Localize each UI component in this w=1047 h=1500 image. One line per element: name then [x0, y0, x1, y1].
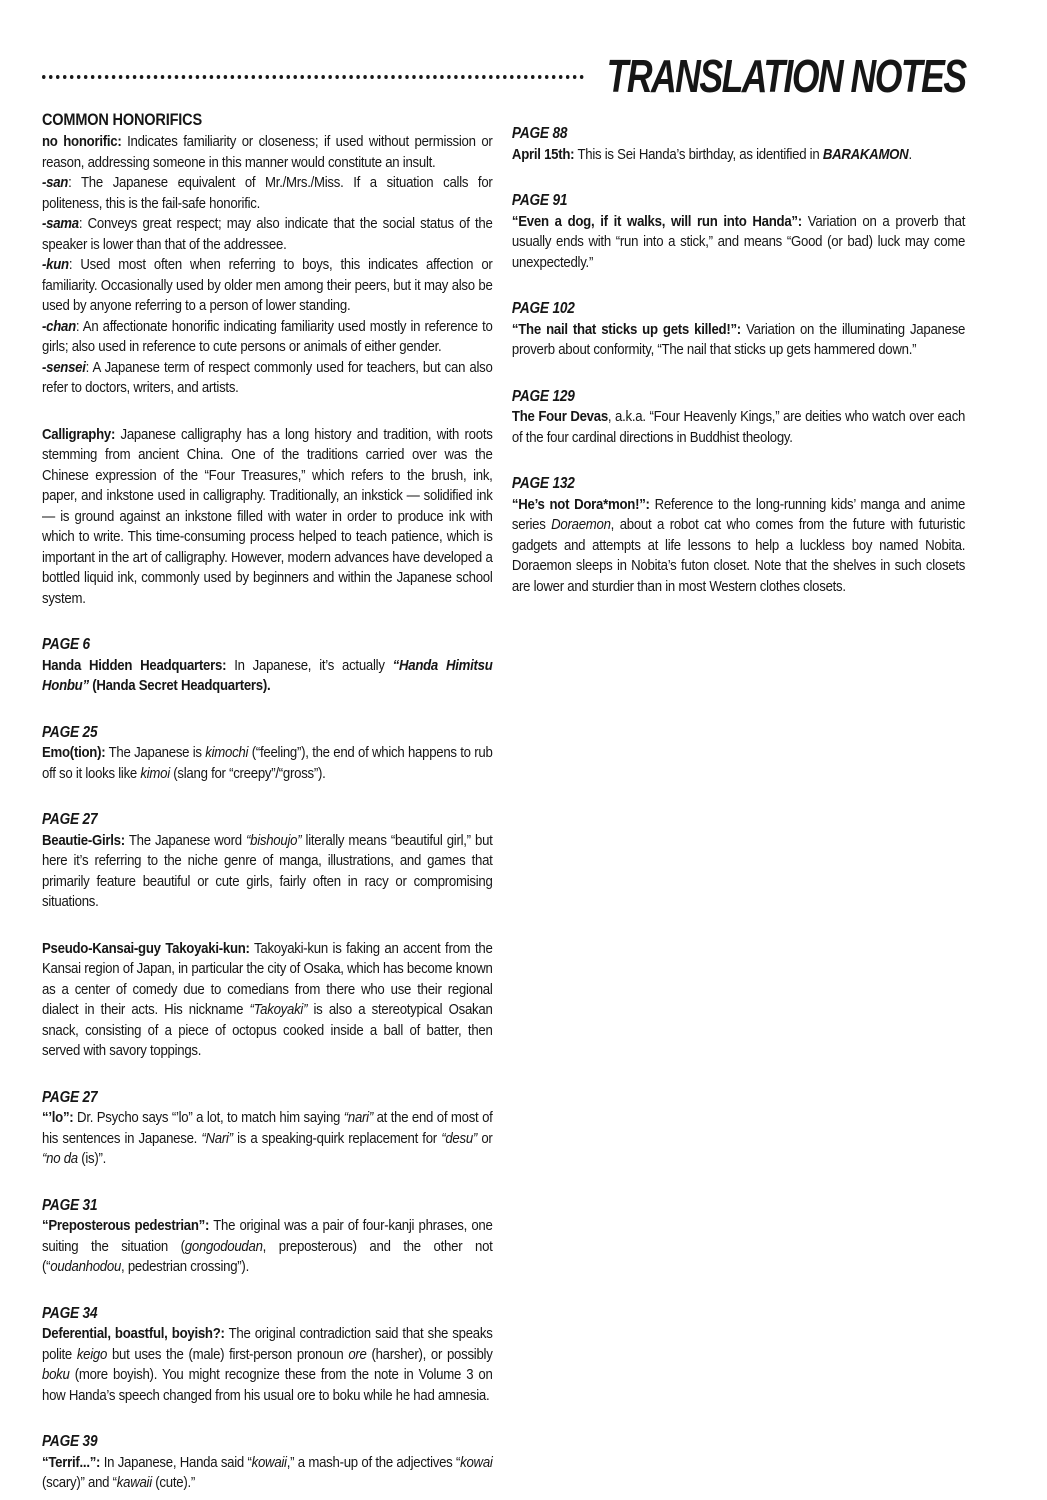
text-segment: or [477, 1130, 493, 1147]
translation-note: PAGE 27“’lo”: Dr. Psycho says “’lo” a lo… [42, 1088, 493, 1170]
note-text: April 15th: This is Sei Handa’s birthday… [512, 145, 965, 166]
left-notes: Calligraphy: Japanese calligraphy has a … [42, 425, 493, 1494]
text-segment: “The nail that sticks up gets killed!”: [512, 321, 741, 338]
two-column-body: COMMON HONORIFICS no honorific: Indicate… [42, 110, 965, 1494]
text-segment: -kun [42, 256, 69, 273]
honorific-entry: -sensei: A Japanese term of respect comm… [42, 358, 493, 399]
text-segment: “’lo”: [42, 1109, 73, 1126]
translation-note: PAGE 27Beautie-Girls: The Japanese word … [42, 810, 493, 913]
right-column: PAGE 88April 15th: This is Sei Handa’s b… [512, 110, 965, 1494]
note-text: “Even a dog, if it walks, will run into … [512, 212, 965, 274]
honorific-entry: -san: The Japanese equivalent of Mr./Mrs… [42, 173, 493, 214]
honorific-entry: -kun: Used most often when referring to … [42, 255, 493, 317]
text-segment: is a speaking-quirk replacement for [233, 1130, 441, 1147]
text-segment: boku [42, 1366, 70, 1383]
right-notes: PAGE 88April 15th: This is Sei Handa’s b… [512, 124, 965, 597]
page-label: PAGE 88 [512, 124, 965, 145]
text-segment: Japanese calligraphy has a long history … [42, 426, 493, 607]
text-segment: “no da [42, 1150, 78, 1167]
translation-note: PAGE 6Handa Hidden Headquarters: In Japa… [42, 635, 493, 697]
dotted-leader-line [42, 75, 584, 79]
left-column: COMMON HONORIFICS no honorific: Indicate… [42, 110, 493, 1494]
text-segment: The Japanese word [125, 832, 246, 849]
text-segment: : The Japanese equivalent of Mr./Mrs./Mi… [42, 174, 493, 212]
text-segment: Calligraphy: [42, 426, 115, 443]
text-segment: -chan [42, 318, 76, 335]
page-label: PAGE 27 [42, 1088, 493, 1109]
text-segment: “Nari” [201, 1130, 232, 1147]
text-segment: (more boyish). You might recognize these… [42, 1366, 493, 1404]
translation-notes-page: TRANSLATION NOTES COMMON HONORIFICS no h… [0, 0, 1005, 1494]
note-text: “The nail that sticks up gets killed!”: … [512, 320, 965, 361]
note-text: “’lo”: Dr. Psycho says “’lo” a lot, to m… [42, 1108, 493, 1170]
honorifics-heading: COMMON HONORIFICS [42, 110, 493, 131]
page-label: PAGE 31 [42, 1196, 493, 1217]
note-text: “Preposterous pedestrian”: The original … [42, 1216, 493, 1278]
text-segment: . [908, 146, 911, 163]
note-text: Handa Hidden Headquarters: In Japanese, … [42, 656, 493, 697]
text-segment: April 15th: [512, 146, 574, 163]
translation-note: Pseudo-Kansai-guy Takoyaki-kun: Takoyaki… [42, 939, 493, 1062]
text-segment: (harsher), or possibly [367, 1346, 493, 1363]
honorifics-list: no honorific: Indicates familiarity or c… [42, 132, 493, 399]
translation-note: PAGE 39“Terrif...”: In Japanese, Handa s… [42, 1432, 493, 1494]
text-segment: : A Japanese term of respect commonly us… [42, 359, 493, 397]
text-segment: Deferential, boastful, boyish?: [42, 1325, 225, 1342]
text-segment: Pseudo-Kansai-guy Takoyaki-kun: [42, 940, 250, 957]
text-segment: : An affectionate honorific indicating f… [42, 318, 493, 356]
text-segment: (slang for “creepy”/“gross”). [170, 765, 326, 782]
text-segment: “Preposterous pedestrian”: [42, 1217, 209, 1234]
text-segment: BARAKAMON [823, 146, 909, 163]
text-segment: The Japanese is [105, 744, 205, 761]
text-segment: oudanhodou [50, 1258, 121, 1275]
text-segment: kawaii [117, 1474, 152, 1491]
text-segment: keigo [77, 1346, 107, 1363]
text-segment: gongodoudan [185, 1238, 263, 1255]
text-segment: -san [42, 174, 68, 191]
text-segment: (cute).” [152, 1474, 195, 1491]
page-label: PAGE 102 [512, 299, 965, 320]
text-segment: kimoi [140, 765, 169, 782]
translation-note: PAGE 25Emo(tion): The Japanese is kimoch… [42, 723, 493, 785]
text-segment: kowaii [252, 1454, 287, 1471]
page-label: PAGE 27 [42, 810, 493, 831]
page-label: PAGE 129 [512, 387, 965, 408]
honorific-entry: no honorific: Indicates familiarity or c… [42, 132, 493, 173]
translation-note: Calligraphy: Japanese calligraphy has a … [42, 425, 493, 610]
text-segment: “Terrif...”: [42, 1454, 100, 1471]
text-segment: (is)”. [78, 1150, 106, 1167]
note-text: Emo(tion): The Japanese is kimochi (“fee… [42, 743, 493, 784]
page-label: PAGE 34 [42, 1304, 493, 1325]
content-area: TRANSLATION NOTES COMMON HONORIFICS no h… [42, 52, 965, 1494]
text-segment: “desu” [441, 1130, 477, 1147]
page-label: PAGE 39 [42, 1432, 493, 1453]
text-segment: no honorific: [42, 133, 121, 150]
text-segment: (Handa Secret Headquarters). [89, 677, 271, 694]
text-segment: Handa Hidden Headquarters: [42, 657, 226, 674]
honorific-entry: -sama: Conveys great respect; may also i… [42, 214, 493, 255]
note-text: Pseudo-Kansai-guy Takoyaki-kun: Takoyaki… [42, 939, 493, 1062]
translation-note: PAGE 91“Even a dog, if it walks, will ru… [512, 191, 965, 273]
page-label: PAGE 132 [512, 474, 965, 495]
text-segment: “nari” [344, 1109, 373, 1126]
page-title: TRANSLATION NOTES [606, 53, 965, 99]
text-segment: Emo(tion): [42, 744, 105, 761]
text-segment: Beautie-Girls: [42, 832, 125, 849]
text-segment: Doraemon [551, 516, 611, 533]
text-segment: “Even a dog, if it walks, will run into … [512, 213, 802, 230]
page-header: TRANSLATION NOTES [42, 52, 965, 100]
text-segment: , pedestrian crossing”). [121, 1258, 249, 1275]
text-segment: In Japanese, it’s actually [226, 657, 392, 674]
text-segment: (scary)” and “ [42, 1474, 117, 1491]
text-segment: kimochi [205, 744, 248, 761]
translation-note: PAGE 34Deferential, boastful, boyish?: T… [42, 1304, 493, 1407]
text-segment: but uses the (male) first-person pronoun [107, 1346, 348, 1363]
page-label: PAGE 6 [42, 635, 493, 656]
text-segment: “bishoujo” [246, 832, 301, 849]
text-segment: “He’s not Dora*mon!”: [512, 496, 650, 513]
page-label: PAGE 25 [42, 723, 493, 744]
text-segment: In Japanese, Handa said “ [100, 1454, 251, 1471]
text-segment: -sensei [42, 359, 86, 376]
text-segment: The Four Devas [512, 408, 608, 425]
text-segment: kowai [460, 1454, 492, 1471]
note-text: “Terrif...”: In Japanese, Handa said “ko… [42, 1453, 493, 1494]
text-segment: ,” a mash-up of the adjectives “ [287, 1454, 460, 1471]
translation-note: PAGE 31“Preposterous pedestrian”: The or… [42, 1196, 493, 1278]
text-segment: Dr. Psycho says “’lo” a lot, to match hi… [73, 1109, 343, 1126]
note-text: Deferential, boastful, boyish?: The orig… [42, 1324, 493, 1406]
text-segment: -sama [42, 215, 79, 232]
translation-note: PAGE 129The Four Devas, a.k.a. “Four Hea… [512, 387, 965, 449]
note-text: “He’s not Dora*mon!”: Reference to the l… [512, 495, 965, 598]
honorific-entry: -chan: An affectionate honorific indicat… [42, 317, 493, 358]
text-segment: ore [348, 1346, 366, 1363]
translation-note: PAGE 102“The nail that sticks up gets ki… [512, 299, 965, 361]
note-text: The Four Devas, a.k.a. “Four Heavenly Ki… [512, 407, 965, 448]
text-segment: : Conveys great respect; may also indica… [42, 215, 493, 253]
text-segment: This is Sei Handa’s birthday, as identif… [574, 146, 823, 163]
text-segment: “Takoyaki” [249, 1001, 307, 1018]
translation-note: PAGE 88April 15th: This is Sei Handa’s b… [512, 124, 965, 165]
page-label: PAGE 91 [512, 191, 965, 212]
text-segment: : Used most often when referring to boys… [42, 256, 493, 314]
note-text: Calligraphy: Japanese calligraphy has a … [42, 425, 493, 610]
note-text: Beautie-Girls: The Japanese word “bishou… [42, 831, 493, 913]
translation-note: PAGE 132“He’s not Dora*mon!”: Reference … [512, 474, 965, 597]
